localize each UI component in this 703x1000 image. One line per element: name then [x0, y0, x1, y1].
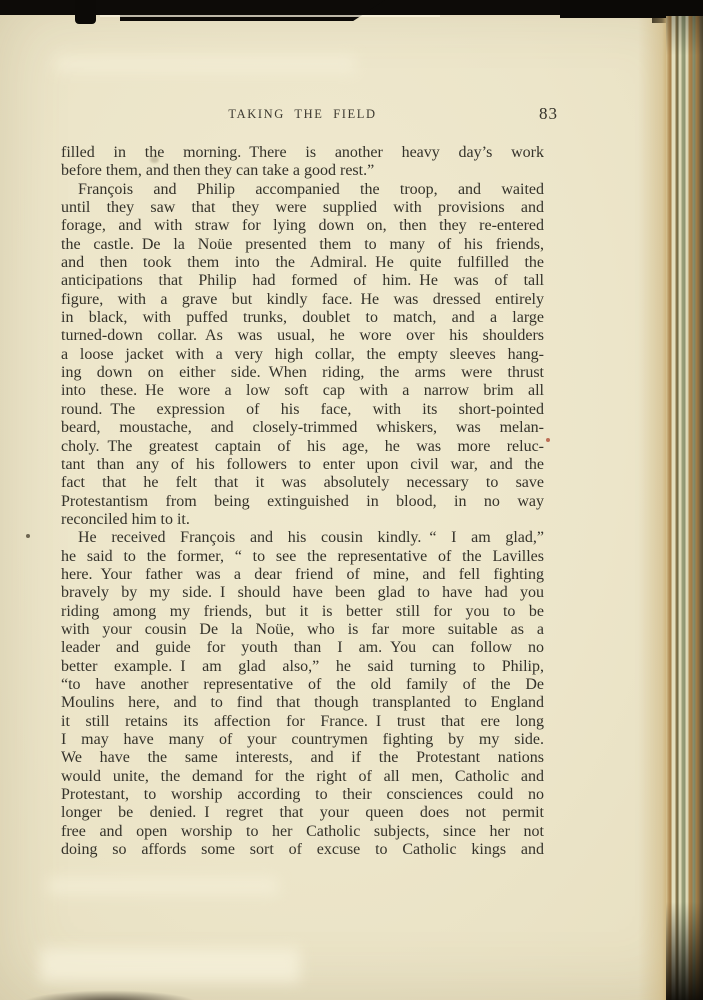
- text-line: Protestantism from being extinguished in…: [61, 493, 544, 511]
- text-line: figure, with a grave but kindly face. He…: [61, 291, 544, 309]
- text-line: longer be denied. I regret that your que…: [61, 804, 544, 822]
- text-line: into these. He wore a low soft cap with …: [61, 382, 544, 400]
- text-line: choly. The greatest captain of his age, …: [61, 438, 544, 456]
- text-line: anticipations that Philip had formed of …: [61, 272, 544, 290]
- text-line: I may have many of your countrymen fight…: [61, 731, 544, 749]
- text-line: reconciled him to it.: [61, 511, 544, 529]
- binding-tab: [75, 0, 96, 24]
- text-line: doing so affords some sort of excuse to …: [61, 841, 544, 859]
- paper-smudge: [55, 56, 355, 72]
- running-header-title: TAKING THE FIELD: [61, 107, 544, 122]
- foxing-speck: [26, 534, 30, 538]
- text-line: it still retains its affection for Franc…: [61, 713, 544, 731]
- page-header: TAKING THE FIELD 83: [61, 107, 544, 122]
- text-line: the castle. De la Noüe presented them to…: [61, 236, 544, 254]
- text-line: and then took them into the Admiral. He …: [61, 254, 544, 272]
- text-line: “to have another representative of the o…: [61, 676, 544, 694]
- text-line: better example. I am glad also,” he said…: [61, 658, 544, 676]
- text-line: We have the same interests, and if the P…: [61, 749, 544, 767]
- book-page-scan: TAKING THE FIELD 83 filled in the mornin…: [0, 0, 703, 1000]
- text-line: leader and guide for youth than I am. Yo…: [61, 639, 544, 657]
- top-edge-shadow-bump: [120, 0, 385, 21]
- text-line: a loose jacket with a very high collar, …: [61, 346, 544, 364]
- paper-smudge: [40, 948, 300, 982]
- text-line: Moulins here, and to find that though tr…: [61, 694, 544, 712]
- text-line: he said to the former, “ to see the repr…: [61, 548, 544, 566]
- text-line: filled in the morning. There is another …: [61, 144, 544, 162]
- text-line: round. The expression of his face, with …: [61, 401, 544, 419]
- text-line: ing down on either side. When riding, th…: [61, 364, 544, 382]
- book-page-edges: [666, 16, 703, 1000]
- page-curve-shade: [638, 18, 668, 1000]
- text-line: tant than any of his followers to enter …: [61, 456, 544, 474]
- body-text: filled in the morning. There is another …: [61, 144, 544, 859]
- text-line: would unite, the demand for the right of…: [61, 768, 544, 786]
- text-line: here. Your father was a dear friend of m…: [61, 566, 544, 584]
- text-line: with your cousin De la Noüe, who is far …: [61, 621, 544, 639]
- paper-smudge: [48, 878, 278, 894]
- text-line: beard, moustache, and closely-trimmed wh…: [61, 419, 544, 437]
- text-line: in black, with puffed trunks, doublet to…: [61, 309, 544, 327]
- page-number: 83: [539, 104, 558, 124]
- text-line: riding among my friends, but it is bette…: [61, 603, 544, 621]
- page-edge-highlight: [100, 15, 440, 17]
- text-line: bravely by my side. I should have been g…: [61, 584, 544, 602]
- text-line: turned-down collar. As was usual, he wor…: [61, 327, 544, 345]
- text-line: free and open worship to her Catholic su…: [61, 823, 544, 841]
- text-line: until they saw that they were supplied w…: [61, 199, 544, 217]
- text-line: before them, and then they can take a go…: [61, 162, 544, 180]
- text-line: fact that he felt that it was absolutely…: [61, 474, 544, 492]
- text-line: François and Philip accompanied the troo…: [61, 181, 544, 199]
- text-line: Protestant, to worship according to thei…: [61, 786, 544, 804]
- foxing-speck: [546, 438, 550, 442]
- bottom-left-shadow: [20, 990, 200, 1000]
- text-line: forage, and with straw for lying down on…: [61, 217, 544, 235]
- text-line: He received François and his cousin kind…: [61, 529, 544, 547]
